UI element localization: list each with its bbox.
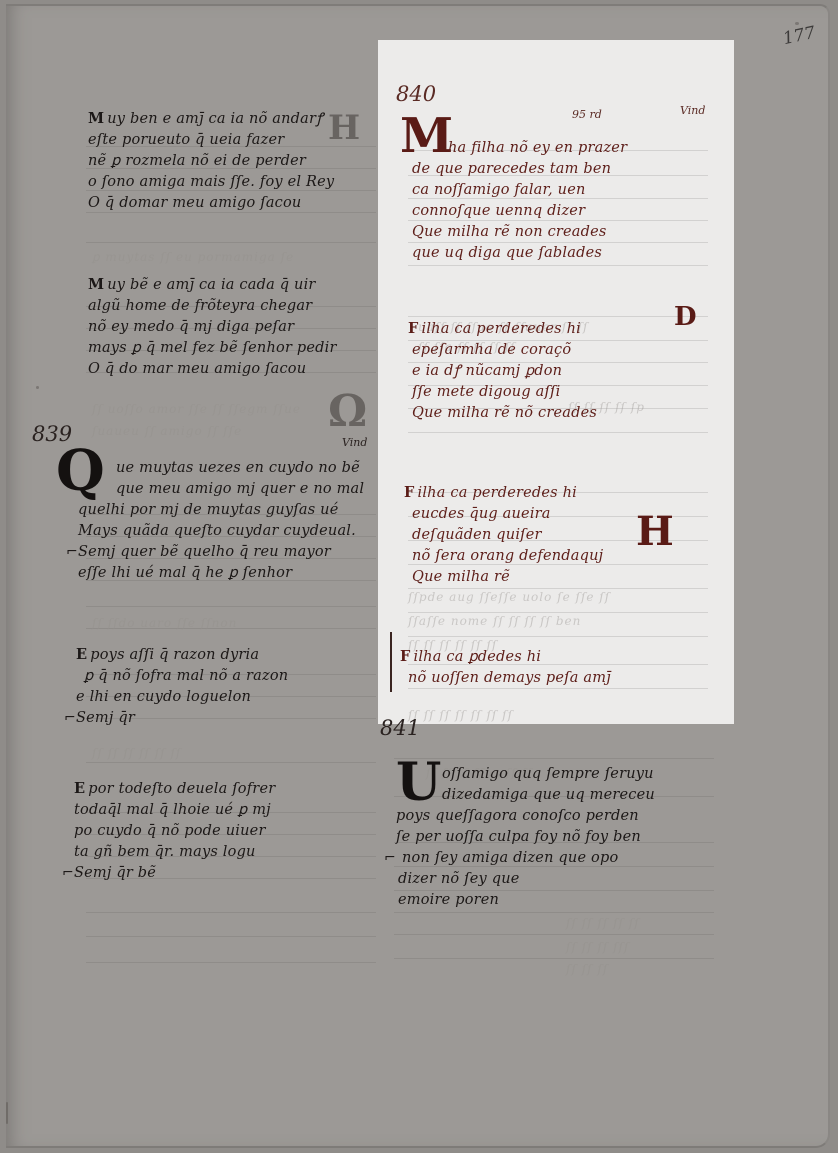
verse-line: nẽ ꝑ rozmela nõ ei de perder xyxy=(88,151,334,172)
verse-line: Filha ca perderedes hi xyxy=(408,318,597,340)
stanza-838-2: Muy bẽ e amj̄ ca ia cada q̄ uir algũ hom… xyxy=(88,274,337,380)
verse-line: dizedamiga que uq mereceu xyxy=(386,785,655,806)
verse-line: Que milha rẽ non creades xyxy=(412,222,627,243)
verse-line: Epoys aſſi q̄ razon dyria xyxy=(76,644,288,666)
verse-line: eſſe lhi ué mal q̄ he ꝑ ſenhor xyxy=(78,563,364,584)
verse-line: emoire poren xyxy=(386,890,655,911)
verse-line: nõ ey medo q̄ mj diga peſar xyxy=(88,317,337,338)
verse-line: que uq diga que ſablades xyxy=(412,243,627,264)
verse-line: Filha ca ꝑdedes hi xyxy=(400,646,611,668)
bleed-through-text: ꝑ muytas ſſ eu pormamiga ſe xyxy=(92,250,294,264)
bleed-through-text: ſuaueu ſſ amigo ſſ ſſe xyxy=(92,424,242,438)
verse-line: eucdes q̄ug aueira xyxy=(404,504,603,525)
verse-line: ca noſſamigo falar, uen xyxy=(412,180,627,201)
verse-line: ſe per uoſſa culpa foy nõ foy ben xyxy=(386,827,655,848)
initial-capital: M xyxy=(88,274,104,295)
stanza-840-4: Filha ca ꝑdedes hi nõ uoſſen demays peſa… xyxy=(400,646,611,689)
stanza-839-2: Epoys aſſi q̄ razon dyria ꝑ q̄ nõ ſofra … xyxy=(76,644,288,729)
bleed-through-text: ſſpde aug ſſeſſe uolo ſe ſſe ſſ xyxy=(408,590,610,604)
verse-line: connoſque uennq dizer xyxy=(412,201,627,222)
stanza-841-1: oſſamigo quq ſempre ſeruyu dizedamiga qu… xyxy=(386,764,655,911)
initial-capital: M xyxy=(88,108,104,129)
ink-speck xyxy=(795,22,799,25)
verse-line: ꝑ q̄ nõ ſofra mal nõ a razon xyxy=(76,666,288,687)
verse-line: mays ꝑ q̄ mel fez bẽ ſenhor pedir xyxy=(88,338,337,359)
verse-line: e lhi en cuydo loguelon xyxy=(76,687,288,708)
verse-line: Muy ben e amj̄ ca ia nõ andarꝭ xyxy=(88,108,334,130)
verse-line: nõ uoſſen demays peſa amj̄ xyxy=(400,668,611,689)
stanza-839-1: ue muytas uezes en cuydo no bẽ que meu a… xyxy=(78,458,364,584)
verse-line: e ia dꝭ nũcamj ꝑdon xyxy=(408,361,597,382)
verse-line: O q̄ do mar meu amigo ſacou xyxy=(88,359,337,380)
verse-line: eſte porueuto q̄ ueia fazer xyxy=(88,130,334,151)
marginal-note: 95 rd xyxy=(572,108,602,121)
initial-capital: E xyxy=(76,644,87,665)
poem-number: 841 xyxy=(380,716,420,740)
verse-line: nõ ſera orang defendaquj xyxy=(404,546,603,567)
verse-line: todaq̄l mal q̄ lhoie ué ꝑ mj xyxy=(74,800,275,821)
bleed-through-text: ſſ ſſ ſſ ſſ ſſ ſſ ſſ xyxy=(408,708,513,722)
marginal-note: Vind xyxy=(342,436,367,449)
stanza-840-3: Filha ca perderedes hi eucdes q̄ug aueir… xyxy=(404,482,603,588)
verse-line: po cuydo q̄ nõ pode uiuer xyxy=(74,821,275,842)
bleed-through-text: ſſ ſſ ſſ xyxy=(566,962,608,976)
verse-line: ſſe mete digoug aſſi xyxy=(408,382,597,403)
bleed-through-text: ſſ ſſ ſſ ſſ ſſ ſſ xyxy=(92,746,181,760)
verse-line: deſquãden quiſer xyxy=(404,525,603,546)
verse-line: quelhi por mj de muytas guyſas ué xyxy=(78,500,364,521)
verse-line: de que parecedes tam ben xyxy=(412,159,627,180)
refrain-line: ⌐Semj quer bẽ quelho q̄ reu mayor xyxy=(78,542,364,563)
refrain-mark: ⌐ xyxy=(62,863,74,884)
verse-line: o ſono amiga mais ſſe. foy el Rey xyxy=(88,172,334,193)
verse-line: Epor todeſto deuela ſofrer xyxy=(74,778,275,800)
refrain-mark: ⌐ xyxy=(66,542,78,563)
verse-line: Mays quãda queſto cuydar cuydeual. xyxy=(78,521,364,542)
verse-line: que meu amigo mj quer e no mal xyxy=(78,479,364,500)
stanza-839-3: Epor todeſto deuela ſofrer todaq̄l mal q… xyxy=(74,778,275,884)
guide-letter-h: H xyxy=(636,508,674,555)
refrain-line: ⌐Semj q̄r bẽ xyxy=(74,863,275,884)
bleed-through-text: ſſaſſe nome ſſ ſſ ſſ ſſ ben xyxy=(408,614,581,628)
initial-capital: E xyxy=(74,778,85,799)
verse-line: Que milha rẽ nõ creades xyxy=(408,403,597,424)
verse-line: oſſamigo quq ſempre ſeruyu xyxy=(386,764,655,785)
verse-line: ue muytas uezes en cuydo no bẽ xyxy=(78,458,364,479)
initial-capital: F xyxy=(408,318,419,339)
verse-line: epeſarmha de coraçõ xyxy=(408,340,597,361)
initial-capital: F xyxy=(404,482,415,503)
verse-line: poys queſſagora conoſco perden xyxy=(386,806,655,827)
bleed-through-text: ſſ ſſdo uaro ſſe ſſnon xyxy=(92,616,237,630)
refrain-mark: ⌐ xyxy=(64,708,76,729)
verse-line: ha filha nõ ey en prazer xyxy=(412,138,627,159)
refrain-mark: ⌐ xyxy=(384,848,396,869)
stanza-840-2: Filha ca perderedes hi epeſarmha de cora… xyxy=(408,318,597,424)
verse-line: ta gñ bem q̄r. mays logu xyxy=(74,842,275,863)
refrain-line: ⌐non ſey amiga dizen que opo xyxy=(386,848,655,869)
verse-line: dizer nõ ſey que xyxy=(386,869,655,890)
ink-mark xyxy=(6,1102,8,1124)
stanza-838-1: Muy ben e amj̄ ca ia nõ andarꝭ eſte poru… xyxy=(88,108,334,214)
bracket-mark xyxy=(390,632,392,692)
ghost-capital: Ω xyxy=(328,386,367,437)
verse-line: O q̄ domar meu amigo ſacou xyxy=(88,193,334,214)
poem-number: 840 xyxy=(396,82,436,106)
bleed-through-text: ſſ uoſſo amor ſſe ſſ ſſegm ſſue xyxy=(92,402,301,416)
stanza-840-1: ha filha nõ ey en prazer de que parecede… xyxy=(412,138,627,264)
bleed-through-text: ſſ ſſ ſſ ſſſ xyxy=(566,940,629,954)
guide-letter-d: D xyxy=(674,302,697,332)
ink-speck xyxy=(36,386,39,389)
verse-line: Que milha rẽ xyxy=(404,567,603,588)
marginal-note: Vind xyxy=(680,104,705,117)
initial-capital: F xyxy=(400,646,411,667)
bleed-through-text: ſſ ſſ ſſ ſſ ſſ xyxy=(566,916,640,930)
refrain-line: ⌐Semj q̄r xyxy=(76,708,288,729)
verse-line: algũ home de frõteyra chegar xyxy=(88,296,337,317)
verse-line: Muy bẽ e amj̄ ca ia cada q̄ uir xyxy=(88,274,337,296)
verse-line: Filha ca perderedes hi xyxy=(404,482,603,504)
